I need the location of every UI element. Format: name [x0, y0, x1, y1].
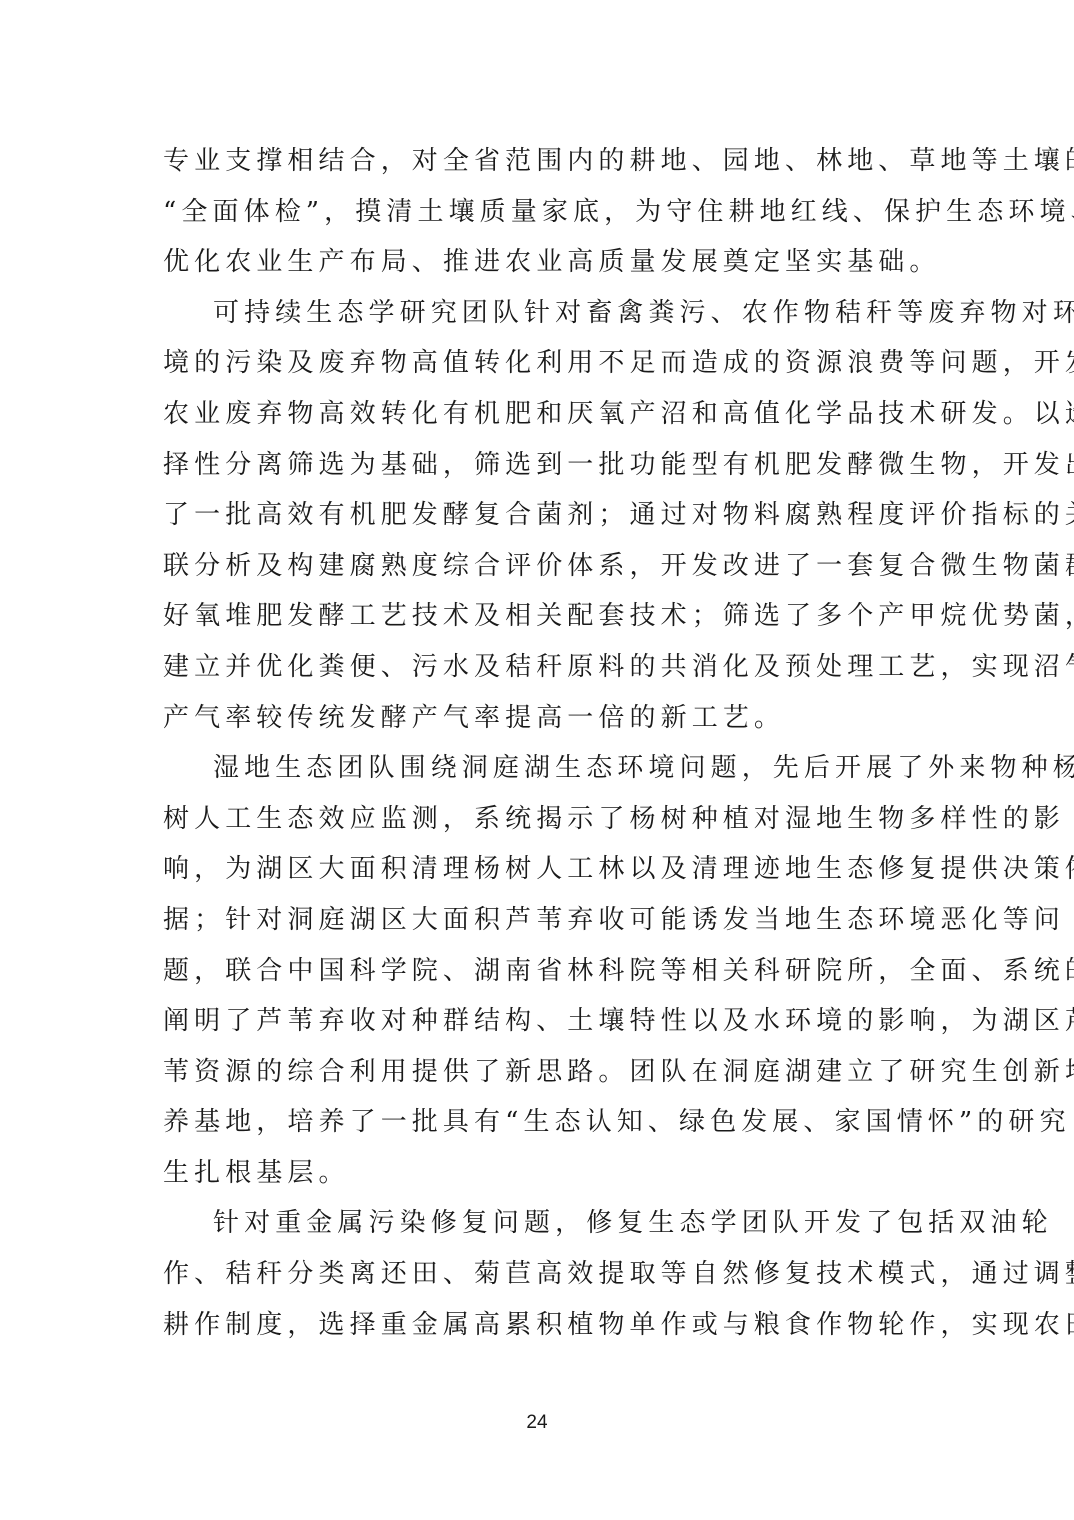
text-line: 专业支撑相结合，对全省范围内的耕地、园地、林地、草地等土壤的: [163, 136, 915, 187]
body-text: 专业支撑相结合，对全省范围内的耕地、园地、林地、草地等土壤的 “全面体检”，摸清…: [163, 136, 915, 1350]
text-line: 农业废弃物高效转化有机肥和厌氧产沼和高值化学品技术研发。以选: [163, 389, 915, 440]
text-line: 建立并优化粪便、污水及秸秆原料的共消化及预处理工艺，实现沼气: [163, 642, 915, 693]
text-line: 湿地生态团队围绕洞庭湖生态环境问题，先后开展了外来物种杨: [163, 743, 915, 794]
page-number: 24: [0, 1412, 1074, 1434]
text-line: 作、秸秆分类离还田、菊苣高效提取等自然修复技术模式，通过调整: [163, 1249, 915, 1300]
paragraph-3: 湿地生态团队围绕洞庭湖生态环境问题，先后开展了外来物种杨 树人工生态效应监测，系…: [163, 743, 915, 1198]
text-line: 了一批高效有机肥发酵复合菌剂；通过对物料腐熟程度评价指标的关: [163, 490, 915, 541]
text-line: “全面体检”，摸清土壤质量家底，为守住耕地红线、保护生态环境、: [163, 187, 915, 238]
text-line: 境的污染及废弃物高值转化利用不足而造成的资源浪费等问题，开发: [163, 338, 915, 389]
text-line: 针对重金属污染修复问题，修复生态学团队开发了包括双油轮: [163, 1198, 915, 1249]
text-line: 好氧堆肥发酵工艺技术及相关配套技术；筛选了多个产甲烷优势菌，: [163, 591, 915, 642]
text-line: 生扎根基层。: [163, 1148, 915, 1199]
text-line: 阐明了芦苇弃收对种群结构、土壤特性以及水环境的影响，为湖区芦: [163, 996, 915, 1047]
text-line: 择性分离筛选为基础，筛选到一批功能型有机肥发酵微生物，开发出: [163, 440, 915, 491]
text-line: 苇资源的综合利用提供了新思路。团队在洞庭湖建立了研究生创新培: [163, 1047, 915, 1098]
text-line: 树人工生态效应监测，系统揭示了杨树种植对湿地生物多样性的影: [163, 794, 915, 845]
text-line: 联分析及构建腐熟度综合评价体系，开发改进了一套复合微生物菌群: [163, 541, 915, 592]
paragraph-1: 专业支撑相结合，对全省范围内的耕地、园地、林地、草地等土壤的 “全面体检”，摸清…: [163, 136, 915, 288]
text-line: 耕作制度，选择重金属高累积植物单作或与粮食作物轮作，实现农田: [163, 1300, 915, 1351]
text-line: 响，为湖区大面积清理杨树人工林以及清理迹地生态修复提供决策依: [163, 844, 915, 895]
paragraph-4: 针对重金属污染修复问题，修复生态学团队开发了包括双油轮 作、秸秆分类离还田、菊苣…: [163, 1198, 915, 1350]
text-line: 可持续生态学研究团队针对畜禽粪污、农作物秸秆等废弃物对环: [163, 288, 915, 339]
text-line: 产气率较传统发酵产气率提高一倍的新工艺。: [163, 693, 915, 744]
text-line: 优化农业生产布局、推进农业高质量发展奠定坚实基础。: [163, 237, 915, 288]
text-line: 据；针对洞庭湖区大面积芦苇弃收可能诱发当地生态环境恶化等问: [163, 895, 915, 946]
paragraph-2: 可持续生态学研究团队针对畜禽粪污、农作物秸秆等废弃物对环 境的污染及废弃物高值转…: [163, 288, 915, 743]
document-page: 专业支撑相结合，对全省范围内的耕地、园地、林地、草地等土壤的 “全面体检”，摸清…: [0, 0, 1074, 1520]
text-line: 题，联合中国科学院、湖南省林科院等相关科研院所，全面、系统的: [163, 946, 915, 997]
text-line: 养基地，培养了一批具有“生态认知、绿色发展、家国情怀”的研究: [163, 1097, 915, 1148]
